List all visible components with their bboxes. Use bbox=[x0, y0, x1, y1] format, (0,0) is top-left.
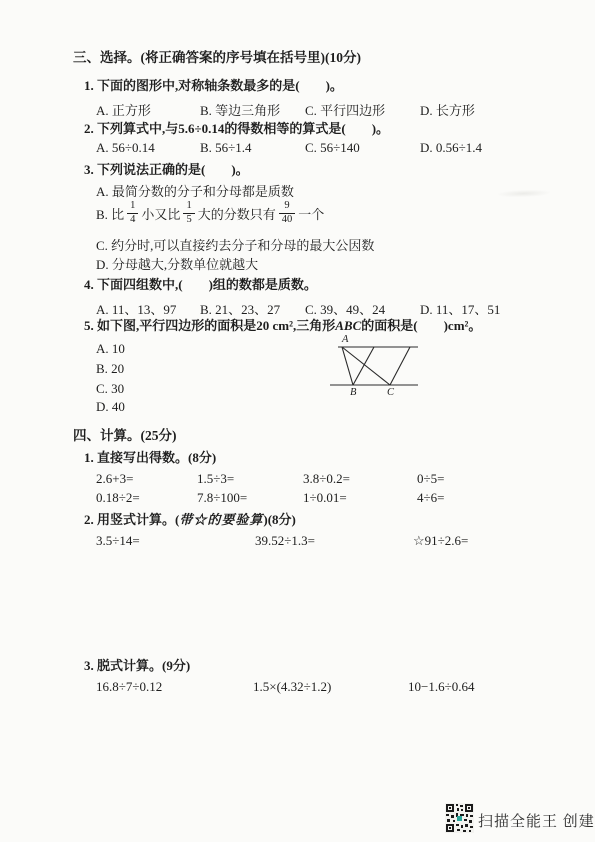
q4-option-c: C. 39、49、24 bbox=[305, 299, 420, 318]
q3-option-b: B. 比 14 小又比 15 大的分数只有 940 一个 bbox=[96, 199, 324, 227]
mental-math-row2: 0.18÷2= 7.8÷100= 1÷0.01= 4÷6= bbox=[96, 490, 581, 506]
q3b-text4: 一个 bbox=[298, 204, 324, 223]
q1-options: A. 正方形 B. 等边三角形 C. 平行四边形 D. 长方形 bbox=[96, 100, 581, 119]
section4-title: 四、计算。(25分) bbox=[73, 428, 177, 445]
mental-item: 3.8÷0.2= bbox=[303, 471, 417, 487]
vertical-calc-item: 3.5÷14= bbox=[96, 533, 255, 549]
q2-option-c: C. 56÷140 bbox=[305, 140, 420, 156]
mental-item: 1.5÷3= bbox=[197, 471, 303, 487]
sub2-title: 2. 用竖式计算。(带☆的要验算)(8分) bbox=[84, 512, 296, 528]
scanned-exam-page: 三、选择。(将正确答案的序号填在括号里)(10分) 1. 下面的图形中,对称轴条… bbox=[0, 0, 595, 842]
fraction-one-fifth: 15 bbox=[183, 200, 194, 225]
q1-option-b: B. 等边三角形 bbox=[200, 100, 305, 119]
q4-option-a: A. 11、13、97 bbox=[96, 299, 200, 318]
q3b-text1: B. 比 bbox=[96, 204, 124, 223]
vertical-calc-row: 3.5÷14= 39.52÷1.3= ☆91÷2.6= bbox=[96, 533, 581, 549]
mental-item: 0.18÷2= bbox=[96, 490, 197, 506]
q3b-text3: 大的分数只有 bbox=[198, 204, 276, 223]
sub2-title-note: 带☆的要验算 bbox=[179, 512, 263, 527]
q2-options: A. 56÷0.14 B. 56÷1.4 C. 56÷140 D. 0.56÷1… bbox=[96, 140, 581, 156]
sub3-title: 3. 脱式计算。(9分) bbox=[84, 658, 190, 674]
vertex-label-c: C bbox=[387, 387, 395, 397]
q4-stem: 4. 下面四组数中,( )组的数都是质数。 bbox=[84, 277, 317, 293]
vertex-label-b: B bbox=[350, 387, 357, 397]
q3-option-c: C. 约分时,可以直接约去分子和分母的最大公因数 bbox=[96, 238, 374, 254]
sub2-title-text2: )(8分) bbox=[263, 512, 296, 527]
q3-option-a: A. 最简分数的分子和分母都是质数 bbox=[96, 184, 294, 200]
section3-title: 三、选择。(将正确答案的序号填在括号里)(10分) bbox=[73, 50, 361, 67]
q3-stem: 3. 下列说法正确的是( )。 bbox=[84, 162, 249, 178]
q2-option-d: D. 0.56÷1.4 bbox=[420, 140, 581, 156]
fraction-nine-fortieths: 940 bbox=[279, 200, 296, 225]
scan-artifact bbox=[498, 189, 550, 198]
stepwise-calc-item: 16.8÷7÷0.12 bbox=[96, 679, 253, 695]
parallelogram-triangle-figure: A B C bbox=[328, 331, 423, 397]
vertex-label-a: A bbox=[341, 334, 349, 345]
vertical-calc-item: 39.52÷1.3= bbox=[255, 533, 413, 549]
q4-option-d: D. 11、17、51 bbox=[420, 299, 581, 318]
camscanner-watermark-text: 扫描全能王 创建 bbox=[478, 810, 595, 831]
q2-stem: 2. 下列算式中,与5.6÷0.14的得数相等的算式是( )。 bbox=[84, 121, 389, 137]
stepwise-calc-row: 16.8÷7÷0.12 1.5×(4.32÷1.2) 10−1.6÷0.64 bbox=[96, 679, 581, 695]
q1-stem: 1. 下面的图形中,对称轴条数最多的是( )。 bbox=[84, 78, 343, 94]
q4-options: A. 11、13、97 B. 21、23、27 C. 39、49、24 D. 1… bbox=[96, 299, 581, 318]
q1-option-a: A. 正方形 bbox=[96, 100, 200, 119]
q2-option-a: A. 56÷0.14 bbox=[96, 140, 200, 156]
sub2-title-text1: 2. 用竖式计算。( bbox=[84, 512, 179, 527]
stepwise-calc-item: 1.5×(4.32÷1.2) bbox=[253, 679, 408, 695]
mental-item: 4÷6= bbox=[417, 490, 581, 506]
q1-option-d: D. 长方形 bbox=[420, 100, 581, 119]
mental-item: 1÷0.01= bbox=[303, 490, 417, 506]
mental-math-row1: 2.6+3= 1.5÷3= 3.8÷0.2= 0÷5= bbox=[96, 471, 581, 487]
q2-option-b: B. 56÷1.4 bbox=[200, 140, 305, 156]
vertical-calc-item: ☆91÷2.6= bbox=[413, 533, 581, 549]
q1-option-c: C. 平行四边形 bbox=[305, 100, 420, 119]
mental-item: 7.8÷100= bbox=[197, 490, 303, 506]
qr-code-icon bbox=[445, 803, 474, 833]
q3b-text2: 小又比 bbox=[141, 204, 180, 223]
q5-stem-text1: 5. 如下图,平行四边形的面积是20 cm²,三角形 bbox=[84, 318, 335, 333]
q4-option-b: B. 21、23、27 bbox=[200, 299, 305, 318]
q3-option-d: D. 分母越大,分数单位就越大 bbox=[96, 257, 258, 273]
mental-item: 2.6+3= bbox=[96, 471, 197, 487]
q5-option-c: C. 30 bbox=[96, 381, 124, 397]
q5-option-a: A. 10 bbox=[96, 341, 125, 357]
fraction-one-fourth: 14 bbox=[127, 200, 138, 225]
q5-option-d: D. 40 bbox=[96, 399, 125, 415]
mental-item: 0÷5= bbox=[417, 471, 581, 487]
sub1-title: 1. 直接写出得数。(8分) bbox=[84, 450, 216, 466]
stepwise-calc-item: 10−1.6÷0.64 bbox=[408, 679, 581, 695]
q5-option-b: B. 20 bbox=[96, 361, 124, 377]
